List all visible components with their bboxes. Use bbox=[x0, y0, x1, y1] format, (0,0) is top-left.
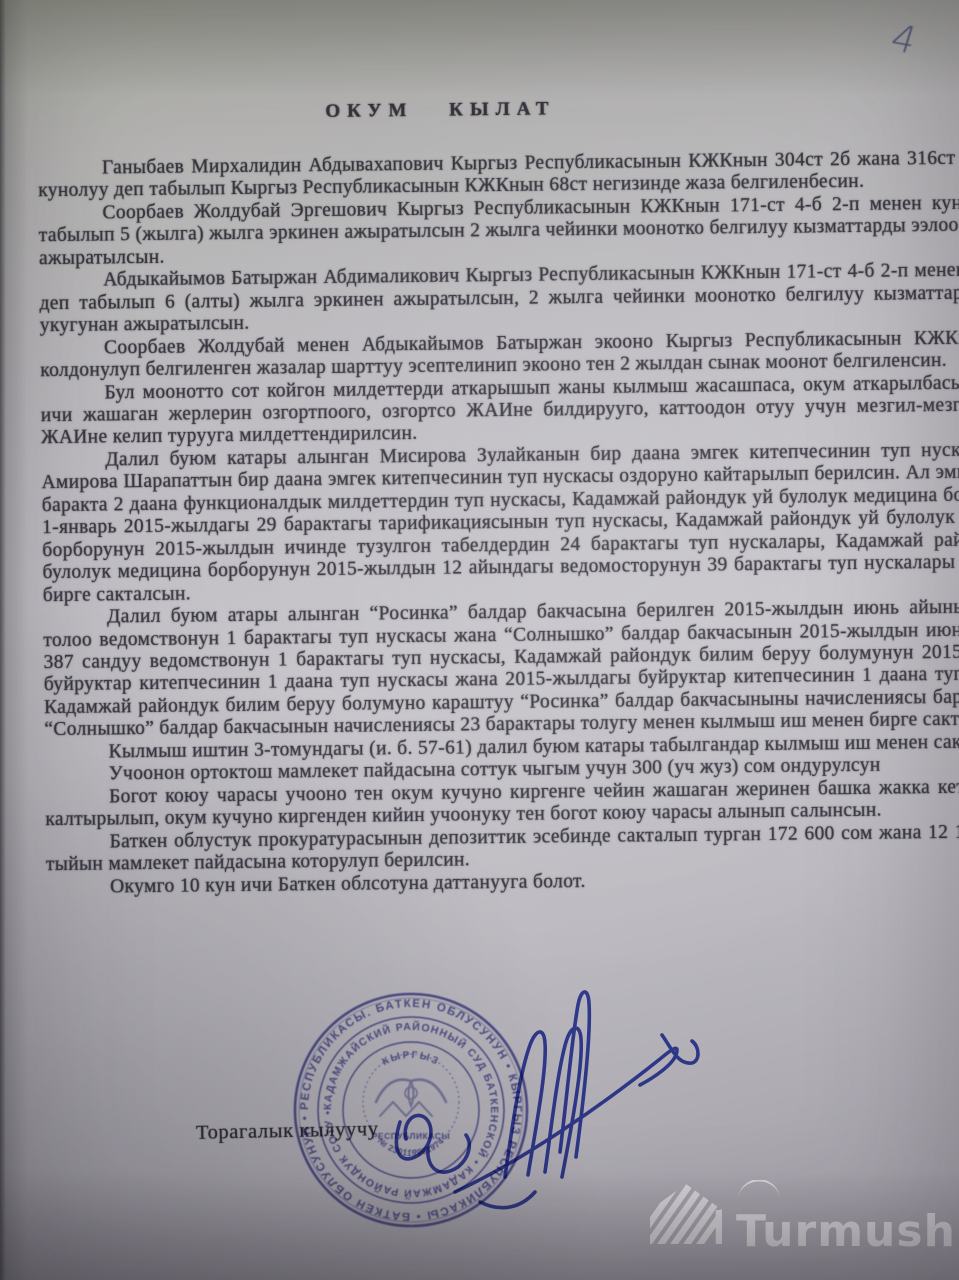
paragraph: Абдыкайымов Батыржан Абдималикович Кыргы… bbox=[39, 259, 959, 338]
crescent-icon bbox=[738, 1180, 780, 1200]
watermark-brand-text: Turmush bbox=[736, 1206, 956, 1257]
document-photo: ОКУМ КЫЛАТ Ганыбаев Мирхалидин Абдывахап… bbox=[0, 0, 959, 1280]
paragraph: Бул моонотто сот койгон милдеттерди атка… bbox=[40, 371, 959, 450]
turmush-watermark: Turmush bbox=[646, 1180, 958, 1260]
yurt-house-icon bbox=[646, 1186, 741, 1254]
document-title: ОКУМ КЫЛАТ bbox=[325, 98, 555, 123]
paragraph: Далил буюм катары алынган Мисирова Зулай… bbox=[41, 439, 959, 608]
paragraph: Далил буюм атары алынган “Росинка” балда… bbox=[43, 596, 959, 742]
verdict-body: Ганыбаев Мирхалидин Абдывахапович Кыргыз… bbox=[38, 147, 959, 899]
handwritten-page-number: 4 bbox=[886, 17, 922, 63]
paragraph: Соорбаев Жолдубай Эргешович Кыргыз Респу… bbox=[38, 192, 959, 271]
